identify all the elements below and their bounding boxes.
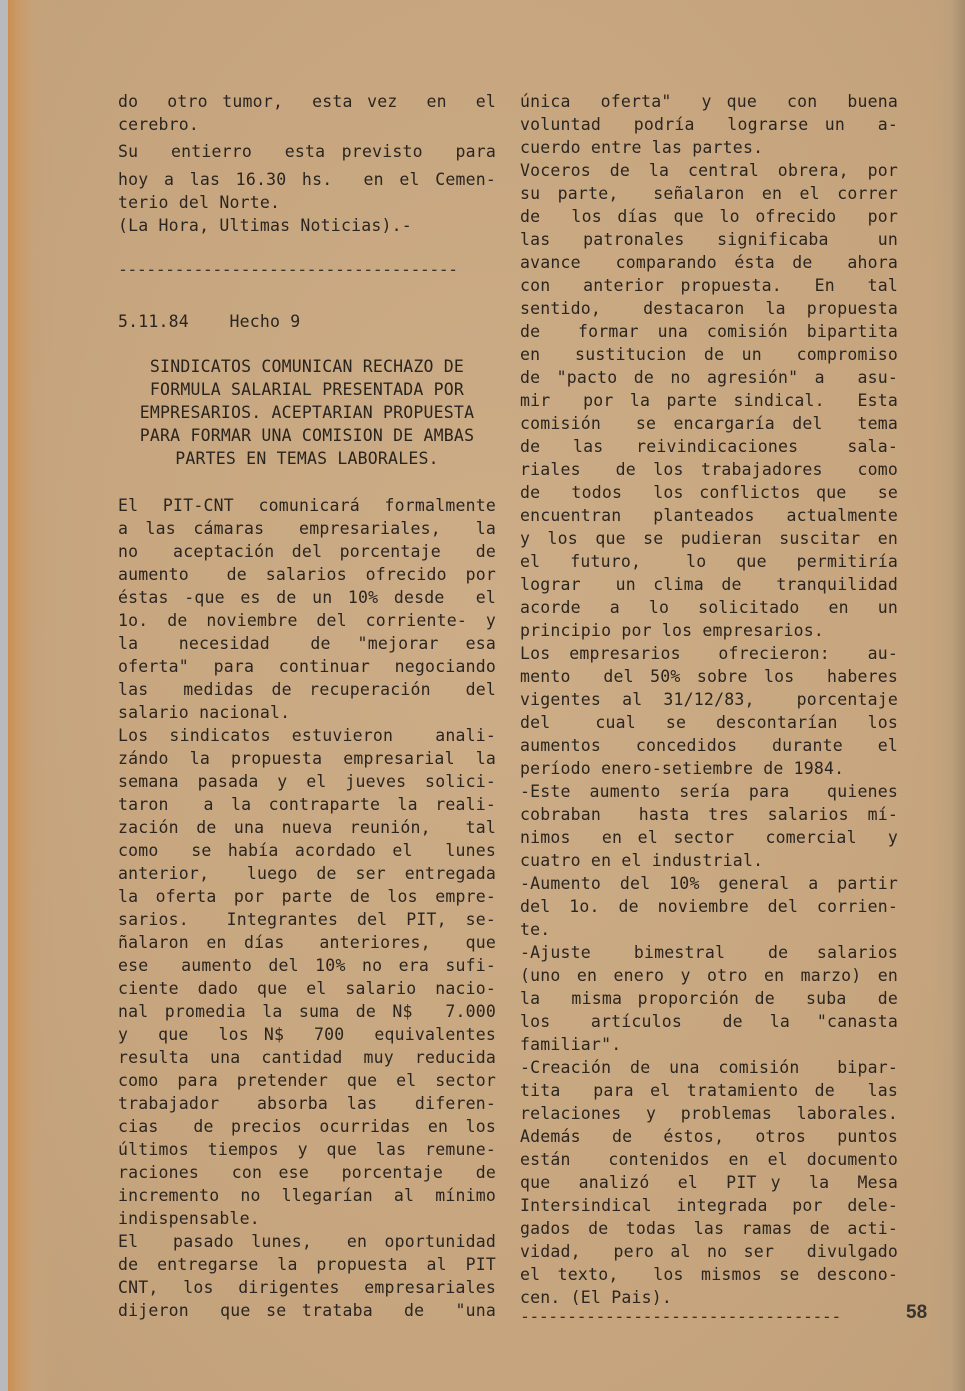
intro-paragraph: do otro tumor, esta vez en el cerebro. S…: [118, 90, 496, 237]
text-line: cuatro en el industrial.: [520, 849, 898, 872]
list-item: -Creación de una comisión bipar-: [520, 1056, 898, 1079]
text-line: y los que se pudieran suscitar en: [520, 527, 898, 550]
text-line: la misma proporción de suba de: [520, 987, 898, 1010]
text-line: comisión se encargaría del tema: [520, 412, 898, 435]
text-line: del 1o. de noviembre del corrien-: [520, 895, 898, 918]
text-line: la necesidad de "mejorar esa: [118, 632, 496, 655]
text-line: sarios. Integrantes del PIT, se-: [118, 908, 496, 931]
text-line: encuentran planteados actualmente: [520, 504, 898, 527]
article-body: El PIT-CNT comunicará formalmente a las …: [118, 494, 496, 1322]
text-line: acorde a lo solicitado en un: [520, 596, 898, 619]
text-line: resulta una cantidad muy reducida: [118, 1046, 496, 1069]
text-line: nimos en el sector comercial y: [520, 826, 898, 849]
text-line: mir por la parte sindical. Esta: [520, 389, 898, 412]
text-line: vidad, pero al no ser divulgado: [520, 1240, 898, 1263]
text-line: de formar una comisión bipartita: [520, 320, 898, 343]
text-line: avance comparando ésta de ahora: [520, 251, 898, 274]
text-line: sentido, destacaron la propuesta: [520, 297, 898, 320]
left-column: do otro tumor, esta vez en el cerebro. S…: [118, 90, 496, 1322]
article-body-continued: única oferta" y que con buena voluntad p…: [520, 90, 898, 1309]
list-item: -Ajuste bimestral de salarios: [520, 941, 898, 964]
text-line: y que los N$ 700 equivalentes: [118, 1023, 496, 1046]
text-line: CNT, los dirigentes empresariales: [118, 1276, 496, 1299]
text-line: salario nacional.: [118, 701, 496, 724]
text-line: cerebro.: [118, 113, 496, 136]
page-number: 58: [906, 1302, 927, 1324]
text-line: El PIT-CNT comunicará formalmente: [118, 494, 496, 517]
text-line: de entregarse la propuesta al PIT: [118, 1253, 496, 1276]
text-line: tita para el tratamiento de las: [520, 1079, 898, 1102]
text-line: de los días que lo ofrecido por: [520, 205, 898, 228]
entry-number: Hecho 9: [229, 312, 300, 331]
entry-header: 5.11.84 Hecho 9: [118, 310, 496, 333]
text-line: nal promedia la suma de N$ 7.000: [118, 1000, 496, 1023]
right-column: única oferta" y que con buena voluntad p…: [520, 90, 898, 1328]
list-item: -Aumento del 10% general a partir: [520, 872, 898, 895]
text-line: no aceptación del porcentaje de: [118, 540, 496, 563]
text-line: ñalaron en días anteriores, que: [118, 931, 496, 954]
text-line: aumento de salarios ofrecido por: [118, 563, 496, 586]
headline-line: EMPRESARIOS. ACEPTARIAN PROPUESTA: [112, 401, 502, 424]
text-line: de "pacto de no agresión" a asu-: [520, 366, 898, 389]
headline-line: PARTES EN TEMAS LABORALES.: [112, 447, 502, 470]
text-line: cuerdo entre las partes.: [520, 136, 898, 159]
text-line: ese aumento del 10% no era sufi-: [118, 954, 496, 977]
text-line: vigentes al 31/12/83, porcentaje: [520, 688, 898, 711]
text-line: indispensable.: [118, 1207, 496, 1230]
text-line: 1o. de noviembre del corriente- y: [118, 609, 496, 632]
section-separator: ------------------------------------: [118, 258, 496, 281]
text-line: oferta" para continuar negociando: [118, 655, 496, 678]
text-line: el futuro, lo que permitiría: [520, 550, 898, 573]
text-line: riales de los trabajadores como: [520, 458, 898, 481]
text-line: los artículos de la "canasta: [520, 1010, 898, 1033]
headline-line: SINDICATOS COMUNICAN RECHAZO DE: [112, 355, 502, 378]
text-line: familiar".: [520, 1033, 898, 1056]
text-line: taron a la contraparte la reali-: [118, 793, 496, 816]
text-line: principio por los empresarios.: [520, 619, 898, 642]
text-line: trabajador absorba las diferen-: [118, 1092, 496, 1115]
text-line: que analizó el PIT y la Mesa: [520, 1171, 898, 1194]
text-line: voluntad podría lograrse un a-: [520, 113, 898, 136]
text-line: (uno en enero y otro en marzo) en: [520, 964, 898, 987]
text-line: te.: [520, 918, 898, 941]
text-line: Intersindical integrada por dele-: [520, 1194, 898, 1217]
text-line: raciones con ese porcentaje de: [118, 1161, 496, 1184]
text-line: a las cámaras empresariales, la: [118, 517, 496, 540]
text-line: terio del Norte.: [118, 191, 496, 214]
text-line: el texto, los mismos se descono-: [520, 1263, 898, 1286]
text-line: aumentos concedidos durante el: [520, 734, 898, 757]
text-line: incremento no llegarían al mínimo: [118, 1184, 496, 1207]
text-line: mento del 50% sobre los haberes: [520, 665, 898, 688]
entry-date: 5.11.84: [118, 312, 189, 331]
text-line: en sustitucion de un compromiso: [520, 343, 898, 366]
text-line: hoy a las 16.30 hs. en el Cemen-: [118, 168, 496, 191]
text-line: anterior, luego de ser entregada: [118, 862, 496, 885]
text-line: zación de una nueva reunión, tal: [118, 816, 496, 839]
text-line: del cual se descontarían los: [520, 711, 898, 734]
text-line: Los sindicatos estuvieron anali-: [118, 724, 496, 747]
source-citation: (La Hora, Ultimas Noticias).-: [118, 214, 496, 237]
text-line: de las reivindicaciones sala-: [520, 435, 898, 458]
section-separator: ----------------------------------: [520, 1305, 872, 1328]
list-item: -Este aumento sería para quienes: [520, 780, 898, 803]
text-line: Los empresarios ofrecieron: au-: [520, 642, 898, 665]
text-line: las medidas de recuperación del: [118, 678, 496, 701]
text-line: como para pretender que el sector: [118, 1069, 496, 1092]
headline-line: FORMULA SALARIAL PRESENTADA POR: [112, 378, 502, 401]
text-line: la oferta por parte de los empre-: [118, 885, 496, 908]
text-line: cobraban hasta tres salarios mí-: [520, 803, 898, 826]
text-line: como se había acordado el lunes: [118, 839, 496, 862]
text-line: gados de todas las ramas de acti-: [520, 1217, 898, 1240]
text-line: período enero-setiembre de 1984.: [520, 757, 898, 780]
text-line: El pasado lunes, en oportunidad: [118, 1230, 496, 1253]
headline-line: PARA FORMAR UNA COMISION DE AMBAS: [112, 424, 502, 447]
text-line: últimos tiempos y que las remune-: [118, 1138, 496, 1161]
text-line: están contenidos en el documento: [520, 1148, 898, 1171]
text-line: única oferta" y que con buena: [520, 90, 898, 113]
text-line: éstas -que es de un 10% desde el: [118, 586, 496, 609]
text-line: cias de precios ocurridas en los: [118, 1115, 496, 1138]
scan-edge-strip: [0, 0, 8, 1391]
text-line: las patronales significaba un: [520, 228, 898, 251]
text-line: do otro tumor, esta vez en el: [118, 90, 496, 113]
text-line: su parte, señalaron en el correr: [520, 182, 898, 205]
text-line: Su entierro esta previsto para: [118, 140, 496, 163]
text-line: de todos los conflictos que se: [520, 481, 898, 504]
text-line: con anterior propuesta. En tal: [520, 274, 898, 297]
text-line: semana pasada y el jueves solici-: [118, 770, 496, 793]
text-line: dijeron que se trataba de "una: [118, 1299, 496, 1322]
text-line: zándo la propuesta empresarial la: [118, 747, 496, 770]
headline: SINDICATOS COMUNICAN RECHAZO DE FORMULA …: [112, 355, 502, 470]
text-line: Además de éstos, otros puntos: [520, 1125, 898, 1148]
text-line: ciente dado que el salario nacio-: [118, 977, 496, 1000]
text-line: lograr un clima de tranquilidad: [520, 573, 898, 596]
text-line: relaciones y problemas laborales.: [520, 1102, 898, 1125]
text-line: Voceros de la central obrera, por: [520, 159, 898, 182]
